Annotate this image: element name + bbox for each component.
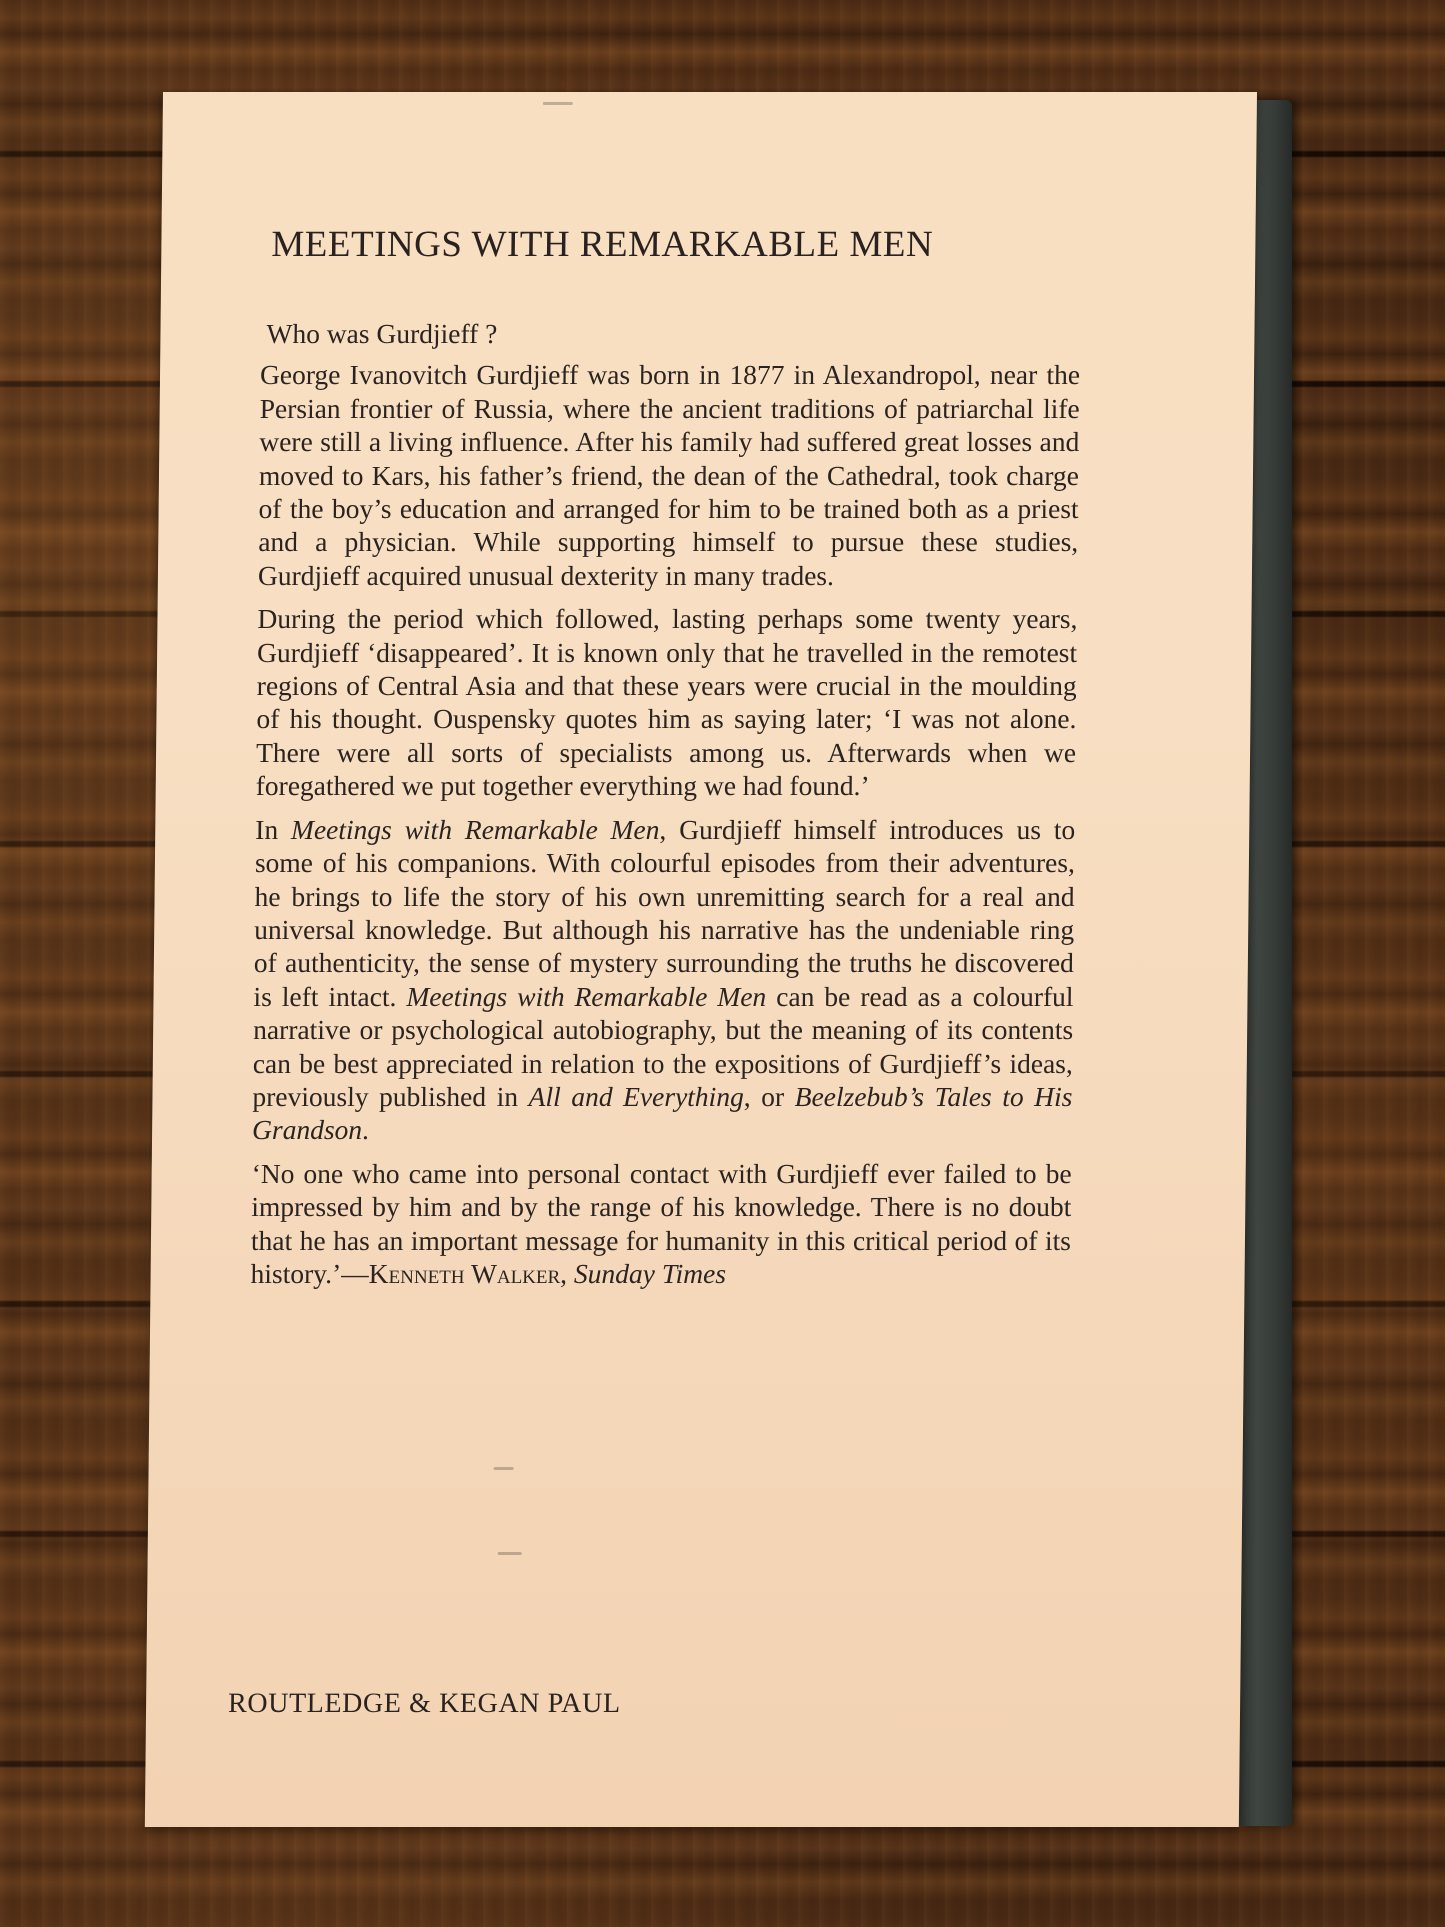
text-run: In: [255, 814, 291, 845]
text-run: During the period which followed, lastin…: [256, 603, 1078, 801]
italic-title: Meetings with Remarkable Men: [406, 981, 766, 1012]
blurb-paragraph-2: During the period which followed, lastin…: [256, 602, 1078, 802]
blurb: Who was Gurdjieff ? George Ivanovitch Gu…: [250, 317, 1080, 1300]
italic-title: All and Everything: [528, 1081, 743, 1112]
blurb-paragraph-1: George Ivanovitch Gurdjieff was born in …: [258, 358, 1080, 592]
italic-title: Meetings with Remarkable Men: [291, 814, 660, 845]
quote-author: Kenneth Walker: [369, 1258, 561, 1289]
text-run: .: [362, 1114, 369, 1145]
text-run: ,: [560, 1258, 574, 1289]
cover-scuff: [543, 102, 573, 105]
italic-title: Sunday Times: [574, 1258, 726, 1289]
blurb-subheading: Who was Gurdjieff ?: [266, 317, 1080, 350]
text-run: George Ivanovitch Gurdjieff was born in …: [258, 359, 1080, 590]
cover-scuff: [498, 1552, 522, 1555]
book-back-cover: MEETINGS WITH REMARKABLE MEN Who was Gur…: [145, 92, 1257, 1827]
publisher-imprint: ROUTLEDGE & KEGAN PAUL: [228, 1688, 621, 1720]
text-run: , or: [744, 1081, 795, 1112]
blurb-paragraphs: George Ivanovitch Gurdjieff was born in …: [250, 358, 1080, 1290]
blurb-paragraph-3: In Meetings with Remarkable Men, Gurdjie…: [252, 813, 1075, 1147]
book-title: MEETINGS WITH REMARKABLE MEN: [271, 223, 933, 266]
blurb-paragraph-4: ‘No one who came into personal contact w…: [250, 1157, 1071, 1291]
cover-scuff: [494, 1467, 514, 1470]
